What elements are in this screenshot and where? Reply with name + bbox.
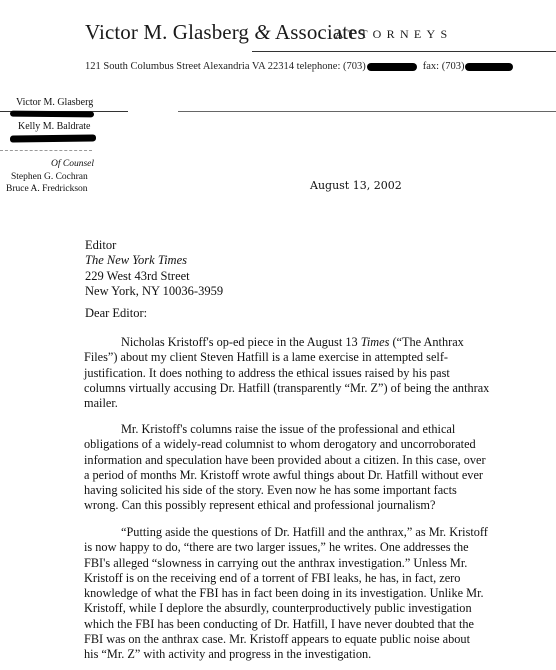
partner-name: Kelly M. Baldrate xyxy=(18,121,90,132)
letterhead-rule xyxy=(252,51,556,52)
paragraph-line: knowledge of what the FBI has in fact be… xyxy=(84,586,534,601)
firm-tagline: ATTORNEYS xyxy=(335,27,453,42)
paragraph-line: is now happy to do, “there are two large… xyxy=(84,540,534,555)
redaction-mark xyxy=(10,111,94,118)
sidebar-divider xyxy=(0,150,92,151)
recipient-publication: The New York Times xyxy=(85,253,223,268)
paragraph-line: information and speculation have been pr… xyxy=(84,453,534,468)
paragraph-line: having solicited his side of the story. … xyxy=(84,483,534,498)
paragraph-line: mailer. xyxy=(84,396,534,411)
salutation: Dear Editor: xyxy=(85,306,147,321)
firm-address: 121 South Columbus Street Alexandria VA … xyxy=(85,61,366,72)
paragraph-line: “Putting aside the questions of Dr. Hatf… xyxy=(84,525,534,540)
letter-date: August 13, 2002 xyxy=(310,179,402,192)
paragraph-line: FBI's alleged “slowness in carrying out … xyxy=(84,556,534,571)
paragraph-line: his “Mr. Z” with activity and progress i… xyxy=(84,647,534,662)
paragraph-line: FBI was on the anthrax case. Mr. Kristof… xyxy=(84,632,534,647)
page-rule xyxy=(178,111,556,112)
of-counsel-name: Bruce A. Fredrickson xyxy=(6,184,88,194)
phone-number-redaction xyxy=(367,63,417,71)
paragraph-line: Kristoff, while I deplore the absurdly, … xyxy=(84,601,534,616)
of-counsel-name: Stephen G. Cochran xyxy=(11,172,88,182)
paragraph-line: wrong. Can this possibly represent ethic… xyxy=(84,498,534,513)
body-paragraph: Nicholas Kristoff's op-ed piece in the A… xyxy=(84,335,534,411)
paragraph-line: columns virtually accusing Dr. Hatfill (… xyxy=(84,381,534,396)
paragraph-line: justification. It does nothing to addres… xyxy=(84,366,534,381)
firm-name-part1: Victor M. Glasberg xyxy=(85,20,254,44)
body-paragraph: Mr. Kristoff's columns raise the issue o… xyxy=(84,422,534,514)
recipient-address-block: Editor The New York Times 229 West 43rd … xyxy=(85,238,223,299)
paragraph-line: Mr. Kristoff's columns raise the issue o… xyxy=(84,422,534,437)
of-counsel-label: Of Counsel xyxy=(51,159,94,169)
paragraph-line: obligations of a widely-read columnist t… xyxy=(84,437,534,452)
firm-ampersand: & xyxy=(254,20,270,44)
paragraph-line: a period of months Mr. Kristoff wrote aw… xyxy=(84,468,534,483)
redaction-mark xyxy=(10,134,96,142)
paragraph-line: Files”) about my client Steven Hatfill i… xyxy=(84,350,534,365)
paragraph-line: Nicholas Kristoff's op-ed piece in the A… xyxy=(84,335,534,350)
recipient-title: Editor xyxy=(85,238,223,253)
publication-name: Times xyxy=(361,335,390,349)
firm-name: Victor M. Glasberg & Associates xyxy=(85,20,366,45)
paragraph-line: which the FBI has been conducting of Dr.… xyxy=(84,617,534,632)
fax-label: fax: (703) xyxy=(423,61,465,72)
recipient-city: New York, NY 10036-3959 xyxy=(85,284,223,299)
paragraph-line: Kristoff is on the receiving end of a to… xyxy=(84,571,534,586)
partner-name: Victor M. Glasberg xyxy=(16,97,93,108)
firm-address-line: 121 South Columbus Street Alexandria VA … xyxy=(85,61,513,72)
fax-number-redaction xyxy=(465,63,513,71)
recipient-street: 229 West 43rd Street xyxy=(85,269,223,284)
body-paragraph: “Putting aside the questions of Dr. Hatf… xyxy=(84,525,534,663)
